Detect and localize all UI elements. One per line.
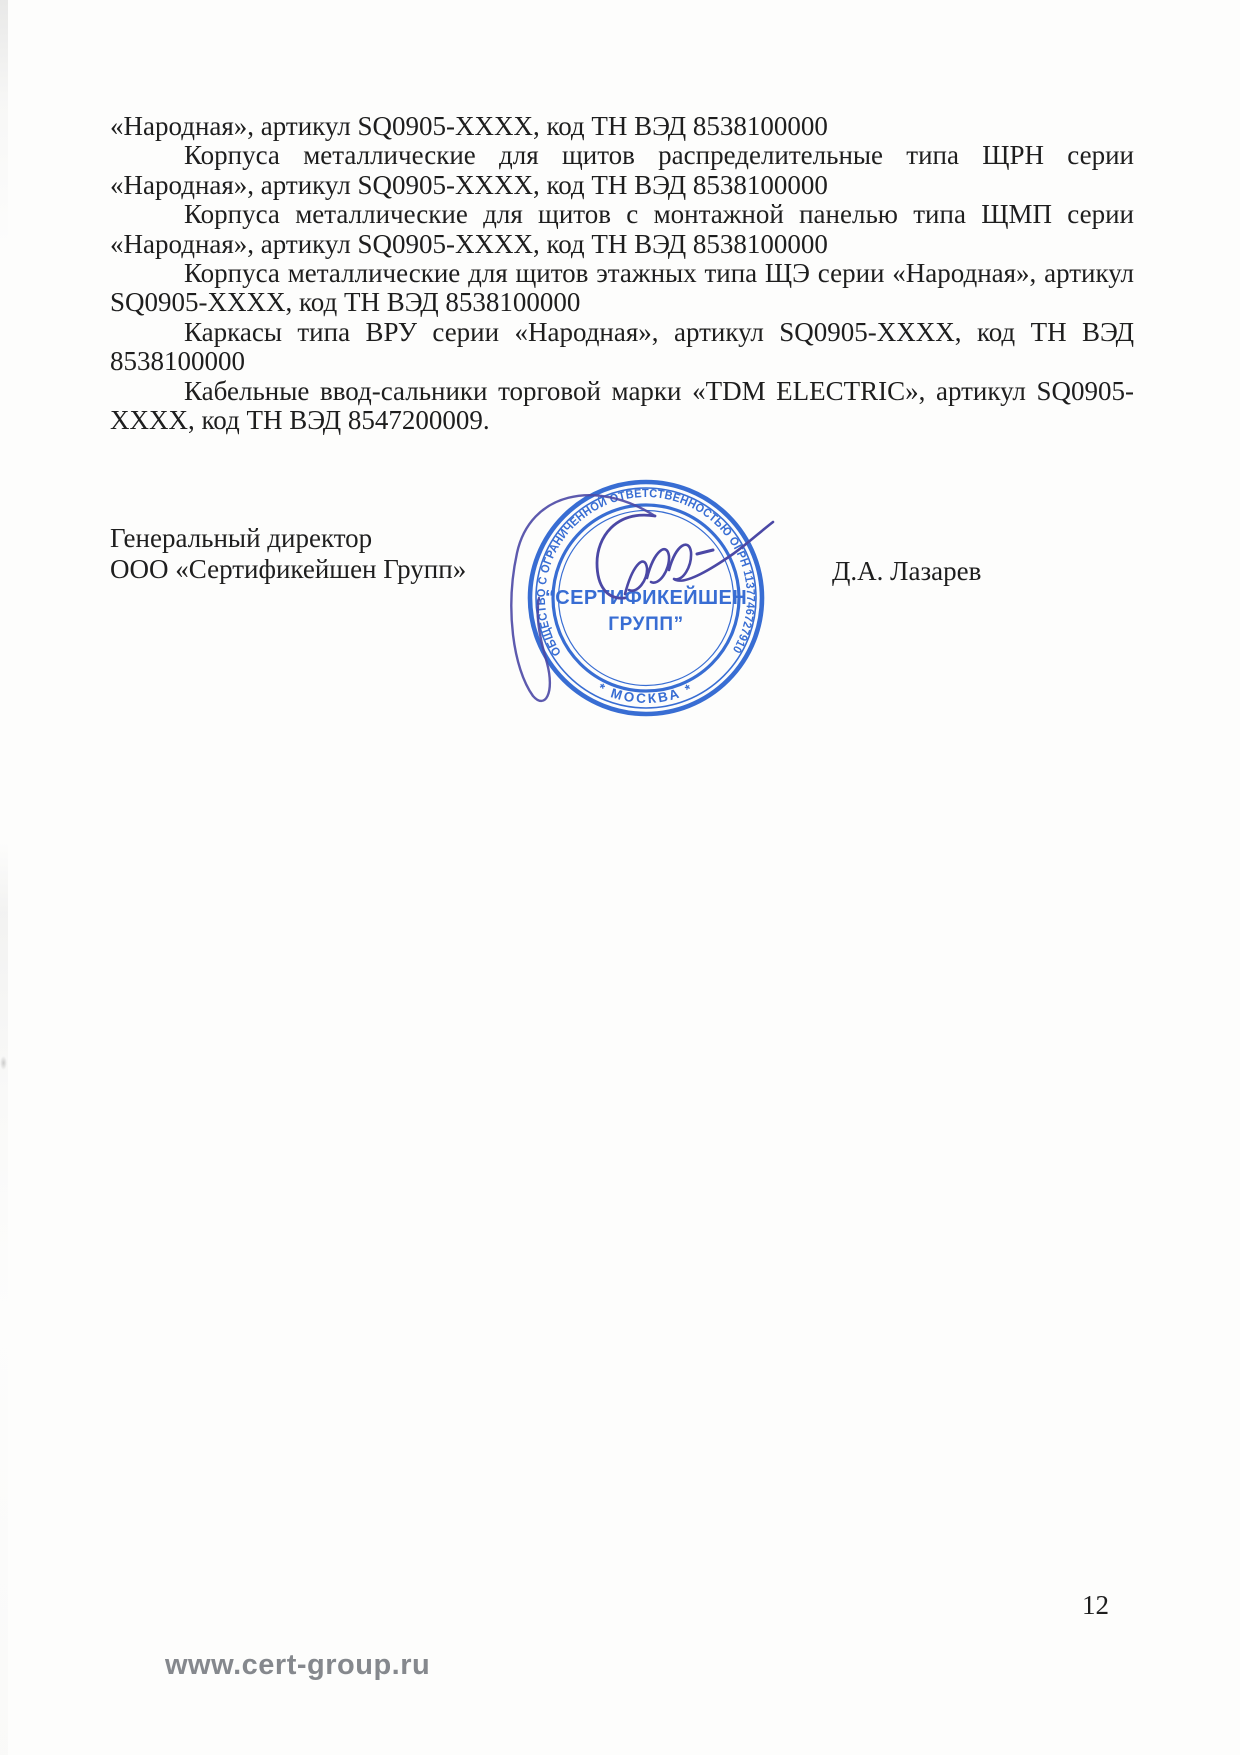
footer-website-url: www.cert-group.ru — [165, 1649, 430, 1682]
paragraph: Каркасы типа ВРУ серии «Народная», артик… — [110, 318, 1134, 377]
page-number: 12 — [1082, 1590, 1109, 1621]
paragraph: «Народная», артикул SQ0905-XXXX, код ТН … — [110, 112, 1134, 141]
scanner-edge-artifact — [0, 0, 8, 1755]
signer-title-line1: Генеральный директор — [110, 523, 466, 554]
company-stamp: ОБЩЕСТВО С ОГРАНИЧЕННОЙ ОТВЕТСТВЕННОСТЬЮ… — [455, 458, 795, 736]
scanner-speck-artifact — [0, 1056, 7, 1070]
paragraph: Корпуса металлические для щитов распреде… — [110, 141, 1134, 200]
signature-block: Генеральный директор ООО «Сертификейшен … — [110, 523, 466, 585]
stamp-company-name-line2: ГРУПП” — [608, 614, 683, 635]
paragraph: Кабельные ввод-сальники торговой марки «… — [110, 377, 1134, 436]
document-body-text: «Народная», артикул SQ0905-XXXX, код ТН … — [110, 112, 1134, 435]
signer-name: Д.А. Лазарев — [832, 556, 981, 587]
stamp-company-name-line1: “СЕРТИФИКЕЙШЕН — [545, 585, 747, 609]
scanned-document-page: { "page": { "background": "#fdfdfc", "nu… — [0, 0, 1240, 1755]
paragraph: Корпуса металлические для щитов этажных … — [110, 259, 1134, 318]
stamp-seal-graphics: ОБЩЕСТВО С ОГРАНИЧЕННОЙ ОТВЕТСТВЕННОСТЬЮ… — [530, 482, 762, 714]
paragraph: Корпуса металлические для щитов с монтаж… — [110, 200, 1134, 259]
signer-title-line2: ООО «Сертификейшен Групп» — [110, 554, 466, 585]
